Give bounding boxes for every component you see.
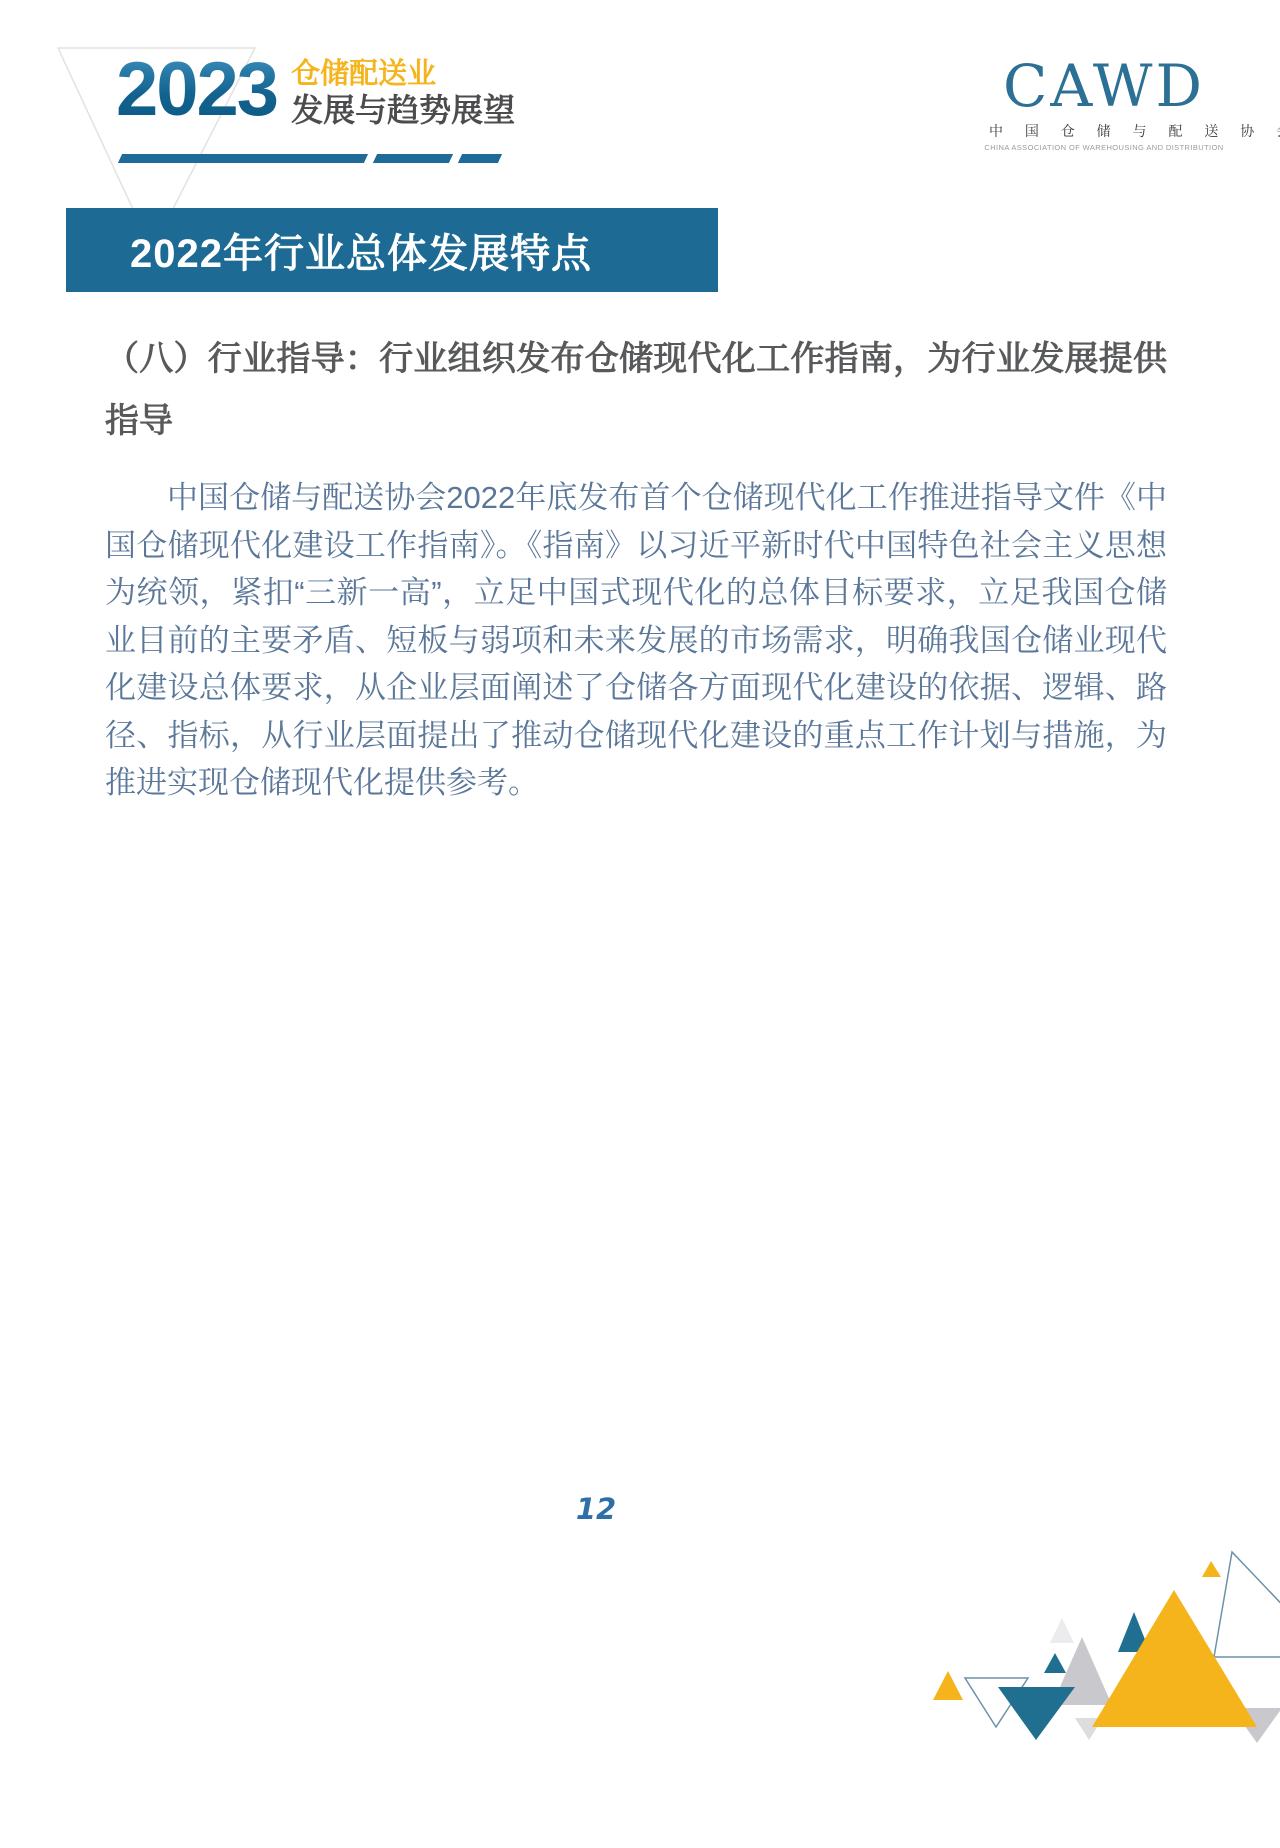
cawd-acronym: CAWD <box>980 56 1228 117</box>
triangle-teal-down <box>998 1687 1075 1740</box>
page-number: 12 <box>556 1492 636 1526</box>
triangle-light-small <box>1050 1618 1074 1643</box>
report-brand: 2023 仓储配送业 发展与趋势展望 <box>116 52 515 130</box>
corner-triangles-decoration <box>900 1540 1280 1760</box>
cawd-name-english: CHINA ASSOCIATION OF WAREHOUSING AND DIS… <box>980 143 1228 152</box>
subsection-heading: （八）行业指导：行业组织发布仓储现代化工作指南，为行业发展提供指导 <box>105 328 1167 452</box>
section-banner-title: 2022年行业总体发展特点 <box>130 222 592 279</box>
triangle-yellow-small-top <box>1202 1561 1221 1577</box>
triangle-outline-large <box>1214 1552 1280 1657</box>
body-paragraph: 中国仓储与配送协会2022年底发布首个仓储现代化工作推进指导文件《中国仓储现代化… <box>105 474 1167 807</box>
header-divider-segment <box>118 154 368 163</box>
triangle-yellow-small-left <box>933 1671 963 1700</box>
document-page: 2023 仓储配送业 发展与趋势展望 CAWD 中 国 仓 储 与 配 送 协 … <box>0 0 1280 1848</box>
cawd-name-chinese: 中 国 仓 储 与 配 送 协 会 <box>980 121 1228 141</box>
header-divider-segment <box>373 154 453 163</box>
triangle-yellow-large <box>1092 1590 1257 1727</box>
triangle-teal-small <box>1044 1653 1066 1673</box>
cawd-logo: CAWD 中 国 仓 储 与 配 送 协 会 CHINA ASSOCIATION… <box>980 56 1228 152</box>
header-divider-segment <box>458 154 502 163</box>
section-banner: 2022年行业总体发展特点 <box>66 208 718 292</box>
brand-subtitle-bottom: 发展与趋势展望 <box>291 91 515 129</box>
brand-year: 2023 <box>116 52 277 128</box>
brand-subtitle-top: 仓储配送业 <box>291 58 515 91</box>
brand-subtitles: 仓储配送业 发展与趋势展望 <box>291 58 515 130</box>
section-content: （八）行业指导：行业组织发布仓储现代化工作指南，为行业发展提供指导 中国仓储与配… <box>105 328 1167 807</box>
